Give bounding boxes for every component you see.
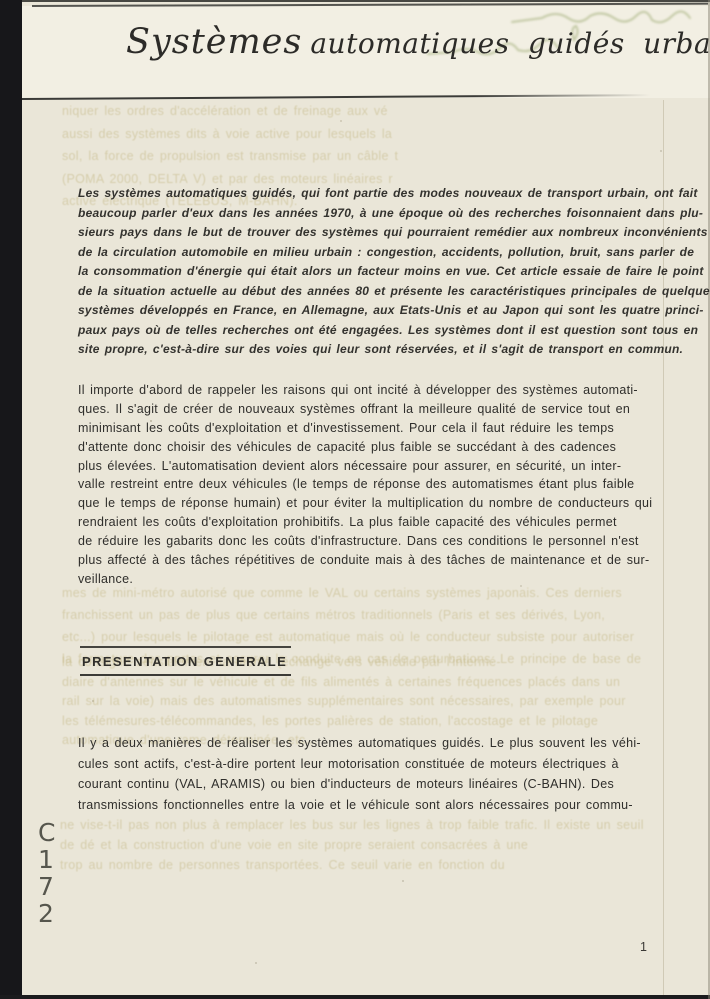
bleedthrough-bottom: ne vise-t-il pas non plus à remplacer le… (60, 818, 644, 878)
scan-edge-top (22, 0, 710, 2)
page-title: Systèmesautomatiques guidés urbains (126, 22, 710, 62)
body-paragraph-1: Il importe d'abord de rappeler les raiso… (78, 383, 652, 591)
scan-edge-bottom (0, 995, 710, 999)
section-heading: PRESENTATION GENERALE (80, 646, 291, 676)
scan-edge-left (0, 0, 22, 999)
page-title-rest: automatiques guidés urbains (310, 27, 710, 60)
scanned-document-page: Systèmesautomatiques guidés urbains niqu… (0, 0, 710, 999)
archive-stamp: C172 (38, 818, 55, 926)
intro-paragraph: Les systèmes automatiques guidés, qui fo… (78, 186, 710, 362)
body-paragraph-2: Il y a deux manières de réaliser les sys… (78, 736, 641, 818)
page-number: 1 (640, 940, 647, 954)
page-title-script-word: Systèmes (126, 22, 302, 62)
